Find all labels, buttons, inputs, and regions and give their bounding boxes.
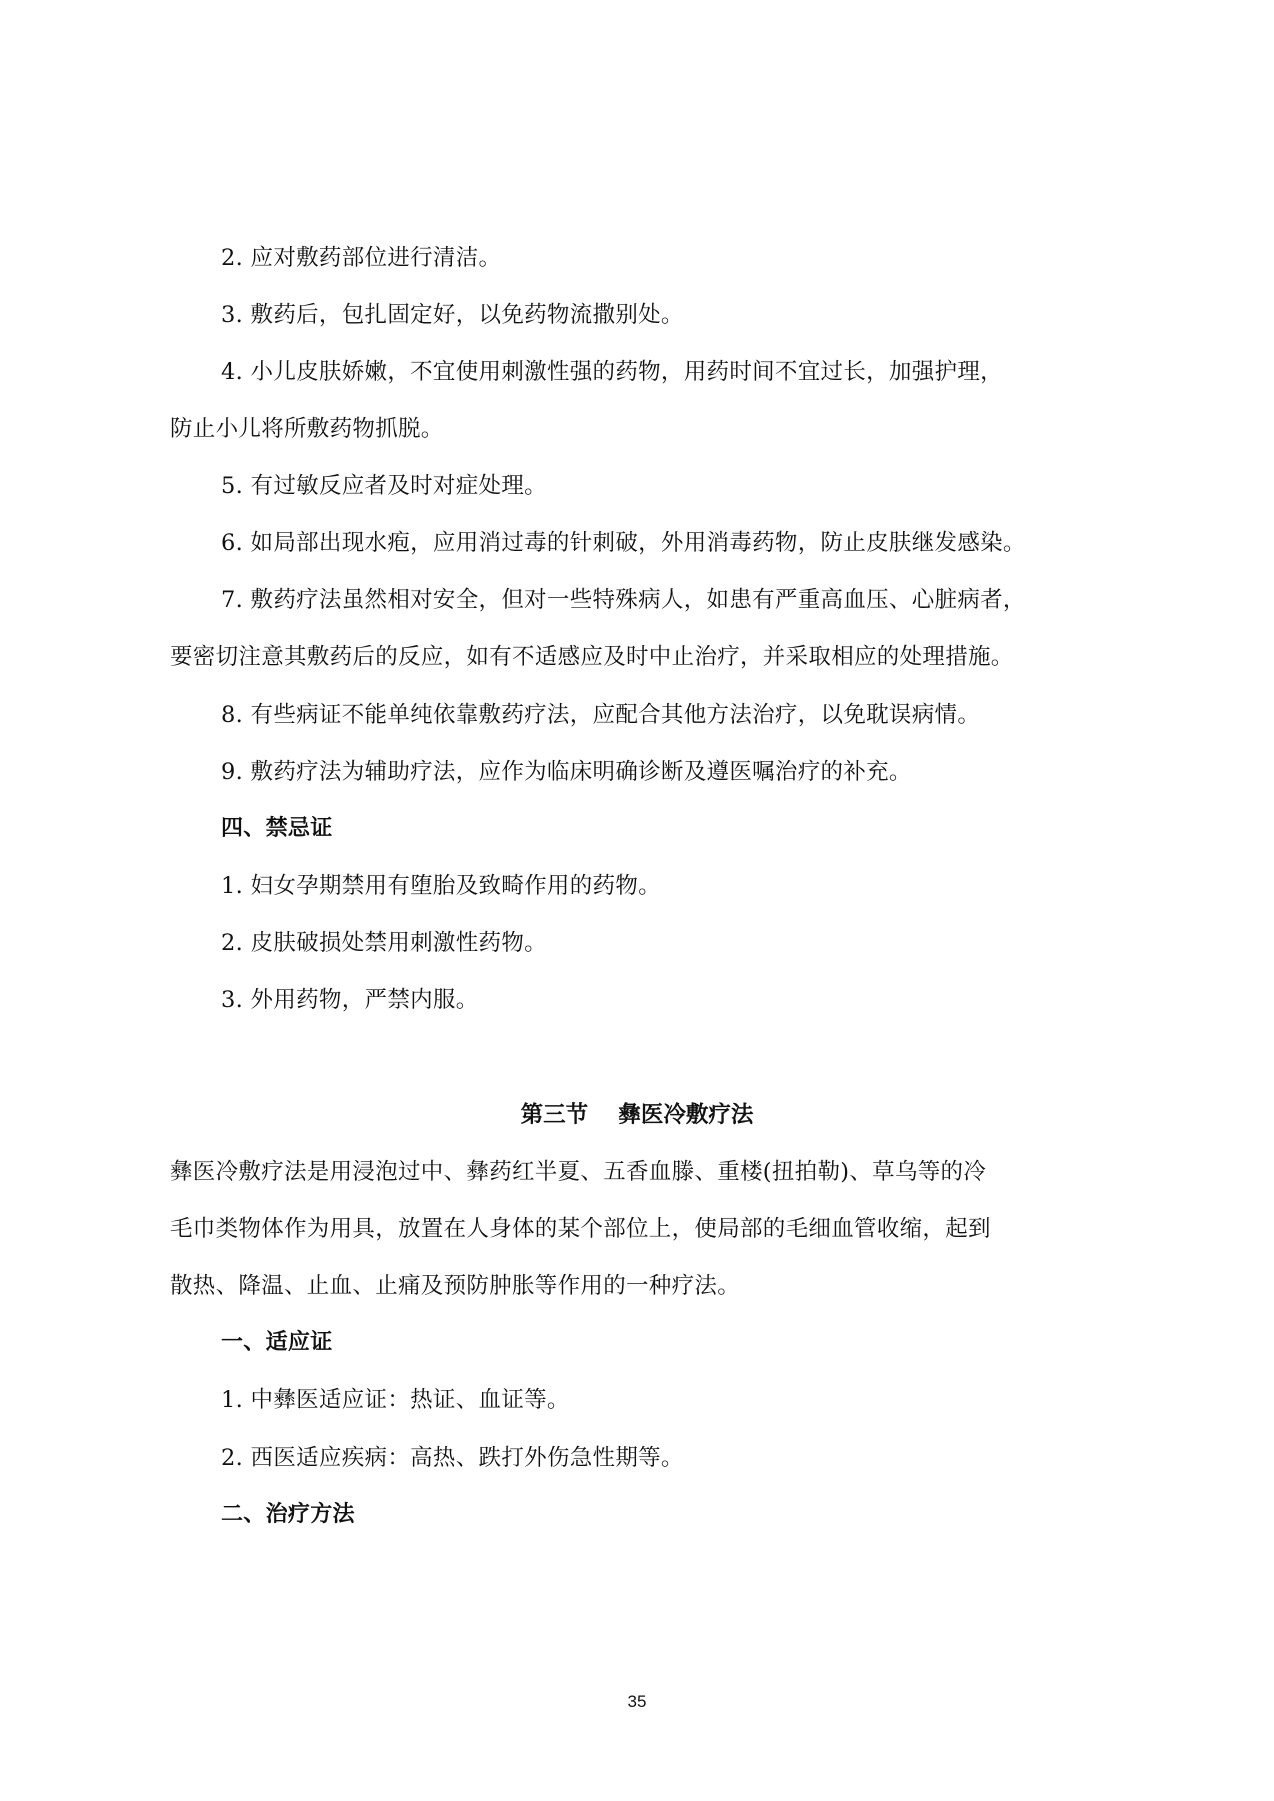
precaution-item-4: 4. 小儿皮肤娇嫩，不宜使用刺激性强的药物，用药时间不宜过长，加强护理，: [221, 357, 1003, 387]
precaution-item-6: 6. 如局部出现水疱，应用消过毒的针刺破，外用消毒药物，防止皮肤继发感染。: [221, 528, 1026, 558]
indication-item-1: 1. 中彝医适应证：热证、血证等。: [221, 1385, 570, 1415]
contraindication-item-3: 3. 外用药物，严禁内服。: [221, 985, 479, 1015]
precaution-item-7-continued: 要密切注意其敷药后的反应，如有不适感应及时中止治疗，并采取相应的处理措施。: [170, 642, 1014, 672]
indication-item-2: 2. 西医适应疾病：高热、跌打外伤急性期等。: [221, 1443, 684, 1473]
precaution-item-9: 9. 敷药疗法为辅助疗法，应作为临床明确诊断及遵医嘱治疗的补充。: [221, 757, 912, 787]
precaution-item-5: 5. 有过敏反应者及时对症处理。: [221, 471, 547, 501]
section-intro-line-2: 毛巾类物体作为用具，放置在人身体的某个部位上，使局部的毛细血管收缩，起到: [170, 1214, 991, 1244]
section-intro-line-1: 彝医冷敷疗法是用浸泡过中、彝药红半夏、五香血滕、重楼(扭拍勒)、草乌等的冷: [170, 1157, 986, 1187]
page-number: 35: [0, 1692, 1274, 1712]
precaution-item-3: 3. 敷药后，包扎固定好，以免药物流撒别处。: [221, 300, 684, 330]
section-intro-line-3: 散热、降温、止血、止痛及预防肿胀等作用的一种疗法。: [170, 1271, 740, 1301]
contraindication-item-1: 1. 妇女孕期禁用有堕胎及致畸作用的药物。: [221, 871, 661, 901]
contraindications-heading: 四、禁忌证: [221, 814, 333, 844]
contraindication-item-2: 2. 皮肤破损处禁用刺激性药物。: [221, 928, 547, 958]
precaution-item-7: 7. 敷药疗法虽然相对安全，但对一些特殊病人，如患有严重高血压、心脏病者，: [221, 585, 1026, 615]
section-title: 第三节 彝医冷敷疗法: [0, 1100, 1274, 1130]
indications-heading: 一、适应证: [221, 1328, 333, 1358]
treatment-heading: 二、治疗方法: [221, 1500, 355, 1530]
document-page: 2. 应对敷药部位进行清洁。 3. 敷药后，包扎固定好，以免药物流撒别处。 4.…: [0, 0, 1274, 1801]
precaution-item-8: 8. 有些病证不能单纯依靠敷药疗法，应配合其他方法治疗，以免耽误病情。: [221, 700, 980, 730]
precaution-item-4-continued: 防止小儿将所敷药物抓脱。: [170, 414, 444, 444]
precaution-item-2: 2. 应对敷药部位进行清洁。: [221, 243, 501, 273]
